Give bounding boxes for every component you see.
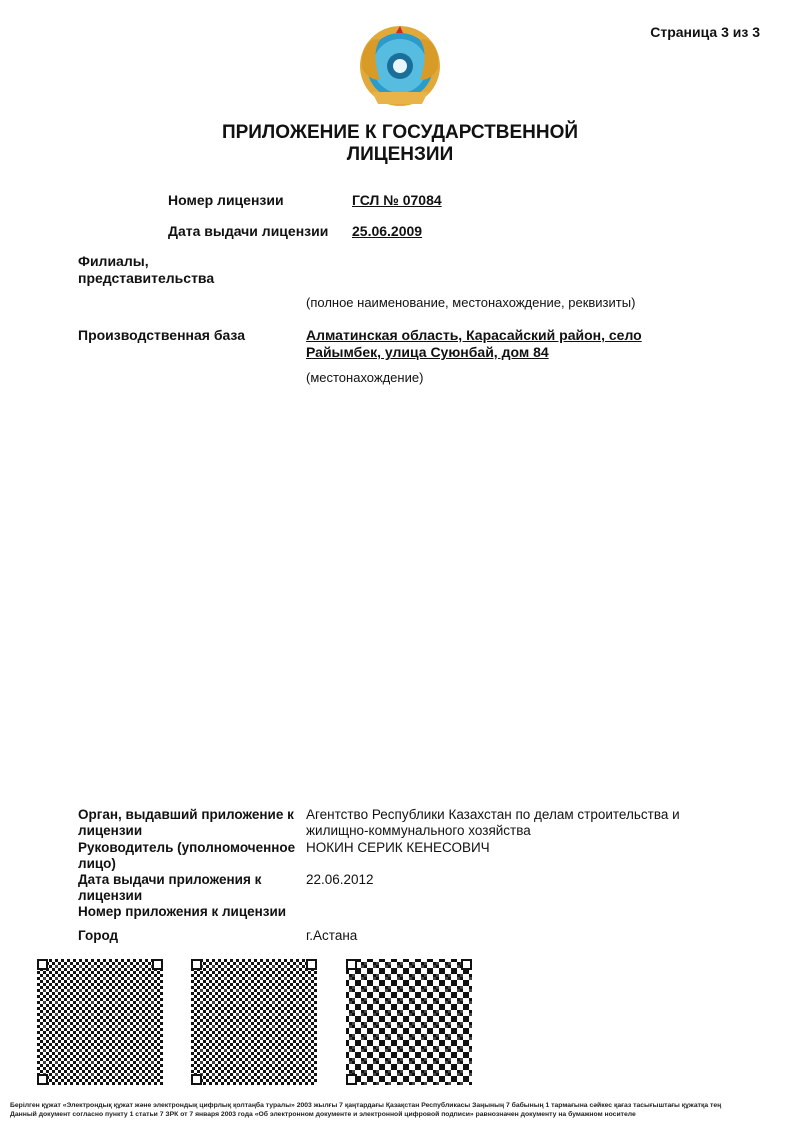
production-base-hint: (местонахождение) — [306, 370, 423, 385]
production-base-value: Алматинская область, Карасайский район, … — [306, 327, 642, 361]
legal-footer: Берілген құжат «Электрондық құжат және э… — [10, 1101, 721, 1119]
appendix-number-label: Номер приложения к лицензии — [78, 904, 286, 920]
qr-code-2 — [191, 959, 317, 1085]
license-date-label: Дата выдачи лицензии — [168, 223, 328, 239]
appendix-date-label: Дата выдачи приложения к лицензии — [78, 872, 261, 904]
city-label: Город — [78, 928, 118, 944]
branches-label: Филиалы, представительства — [78, 253, 214, 287]
head-person-label: Руководитель (уполномоченное лицо) — [78, 840, 295, 872]
issuing-authority-label: Орган, выдавший приложение к лицензии — [78, 807, 294, 839]
qr-code-3 — [346, 959, 472, 1085]
appendix-date-value: 22.06.2012 — [306, 872, 374, 888]
license-date-value: 25.06.2009 — [352, 223, 422, 239]
branches-hint: (полное наименование, местонахождение, р… — [306, 295, 635, 310]
production-base-label: Производственная база — [78, 327, 245, 343]
license-number-label: Номер лицензии — [168, 192, 284, 208]
license-number-value: ГСЛ № 07084 — [352, 192, 442, 208]
head-person-value: НОКИН СЕРИК КЕНЕСОВИЧ — [306, 840, 490, 856]
issuing-authority-value: Агентство Республики Казахстан по делам … — [306, 807, 680, 839]
qr-code-1 — [37, 959, 163, 1085]
state-emblem-icon — [352, 18, 448, 110]
document-title: ПРИЛОЖЕНИЕ К ГОСУДАРСТВЕННОЙ ЛИЦЕНЗИИ — [0, 122, 800, 166]
page-indicator: Страница 3 из 3 — [650, 24, 760, 40]
city-value: г.Астана — [306, 928, 357, 944]
